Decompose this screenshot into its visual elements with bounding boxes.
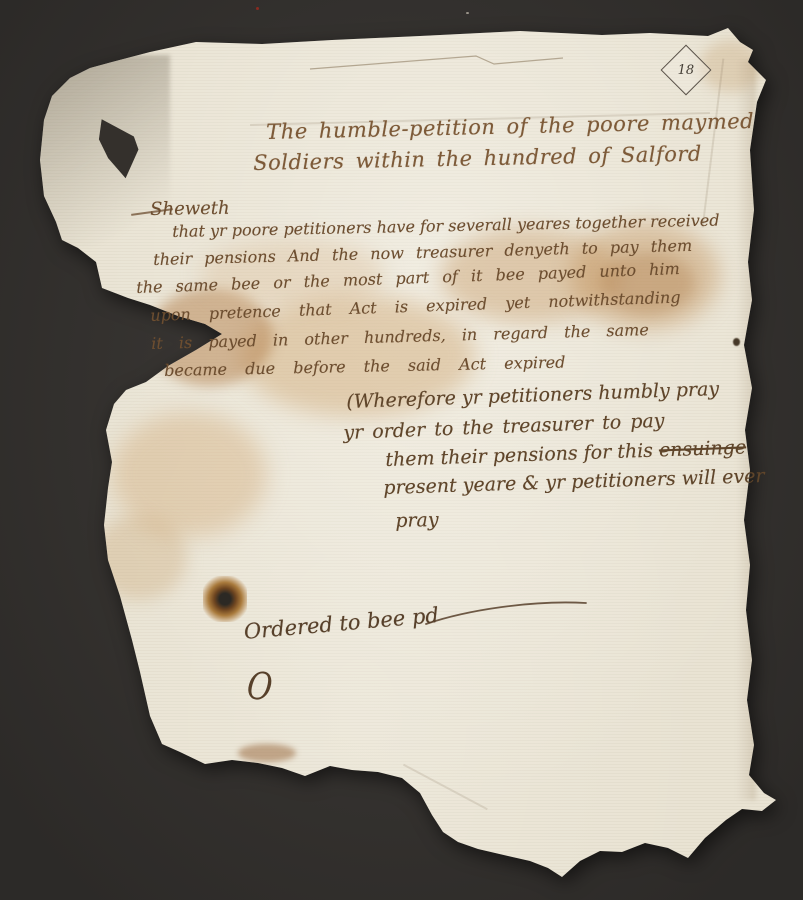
paper-stain (92, 515, 187, 600)
endorsement-flourish-stroke (422, 596, 592, 628)
crease-line (308, 52, 578, 74)
flourish-initial: O (245, 663, 275, 710)
folio-number: 18 (678, 62, 695, 77)
dust-speck (466, 12, 469, 14)
photo-background: 18 The humble-petition of the poore maym… (0, 0, 803, 900)
crease-line (403, 764, 488, 810)
paper-stain (238, 744, 296, 762)
struck-word: ensuinge (659, 436, 747, 461)
dust-speck (256, 7, 259, 10)
edge-shading (736, 60, 756, 800)
prayer-line-5: pray (395, 509, 439, 532)
ink-dot (733, 338, 740, 346)
burn-hole (203, 576, 247, 622)
